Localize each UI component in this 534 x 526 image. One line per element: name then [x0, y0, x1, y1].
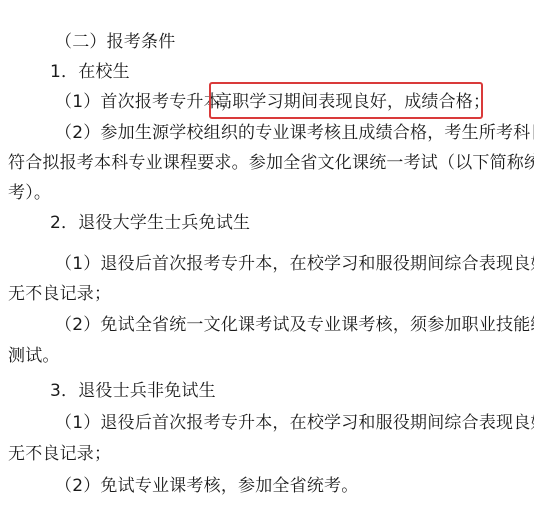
item-veteran-nonexempt-1-line2: 无不良记录； [8, 443, 111, 465]
item-veteran-exempt-1-line2: 无不良记录； [8, 283, 111, 305]
item-veteran-exempt-2-line2: 测试。 [8, 345, 60, 367]
group-title-veteran-exempt: 2．退役大学生士兵免试生 [50, 212, 250, 234]
item-veteran-nonexempt-1-line1: （1）退役后首次报考专升本，在校学习和服役期间综合表现良好， [55, 412, 534, 434]
item-veteran-exempt-1-line1: （1）退役后首次报考专升本，在校学习和服役期间综合表现良好， [55, 253, 534, 275]
item-veteran-nonexempt-2-line1: （2）免试专业课考核，参加全省统考。 [55, 475, 358, 497]
section-heading: （二）报考条件 [55, 31, 175, 53]
item-veteran-exempt-2-line1: （2）免试全省统一文化课考试及专业课考核，须参加职业技能综合 [55, 314, 534, 336]
highlight-box [209, 82, 483, 119]
item-in-school-2-line2: 符合拟报考本科专业课程要求。参加全省文化课统一考试（以下简称统 [8, 152, 534, 174]
item-in-school-2-line1: （2）参加生源学校组织的专业课考核且成绩合格，考生所考科目应 [55, 122, 534, 144]
item-in-school-2-line3: 考）。 [8, 182, 51, 204]
group-title-in-school: 1．在校生 [50, 61, 130, 83]
group-title-veteran-nonexempt: 3．退役士兵非免试生 [50, 380, 216, 402]
